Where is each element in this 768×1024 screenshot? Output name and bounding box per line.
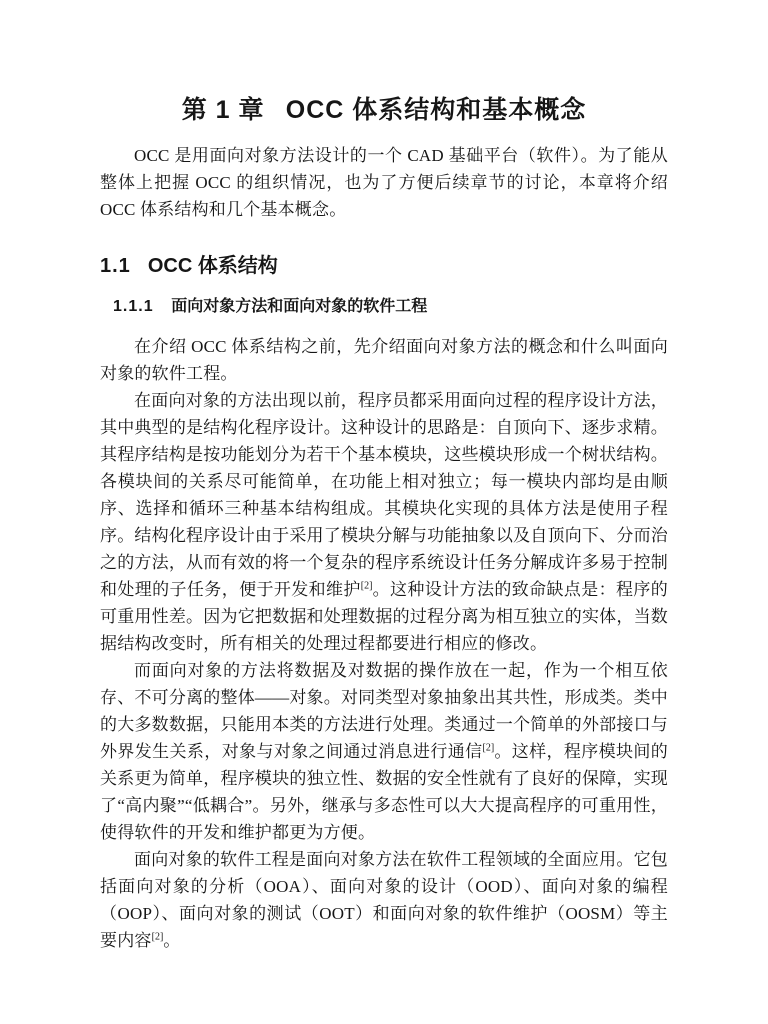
citation-reference: [2] (361, 580, 373, 591)
section-title: OCC 体系结构 (148, 255, 278, 277)
paragraph: 而面向对象的方法将数据及对数据的操作放在一起，作为一个相互依存、不可分离的整体—… (100, 657, 668, 846)
chapter-title: 第 1 章OCC 体系结构和基本概念 (100, 90, 668, 126)
section-number: 1.1 (100, 255, 131, 277)
citation-reference: [2] (152, 931, 164, 942)
subsection-number: 1.1.1 (113, 298, 154, 315)
paragraph: 在介绍 OCC 体系结构之前，先介绍面向对象方法的概念和什么叫面向对象的软件工程… (100, 333, 668, 387)
document-page: 第 1 章OCC 体系结构和基本概念 OCC 是用面向对象方法设计的一个 CAD… (0, 0, 768, 1024)
intro-paragraph: OCC 是用面向对象方法设计的一个 CAD 基础平台（软件）。为了能从整体上把握… (100, 142, 668, 223)
paragraph: 面向对象的软件工程是面向对象方法在软件工程领域的全面应用。它包括面向对象的分析（… (100, 846, 668, 954)
subsection-title: 面向对象方法和面向对象的软件工程 (171, 298, 427, 315)
paragraph: 在面向对象的方法出现以前，程序员都采用面向过程的程序设计方法，其中典型的是结构化… (100, 387, 668, 657)
subsection-heading-1-1-1: 1.1.1面向对象方法和面向对象的软件工程 (113, 293, 668, 316)
chapter-title-text: OCC 体系结构和基本概念 (286, 96, 587, 124)
citation-reference: [2] (482, 742, 494, 753)
section-heading-1-1: 1.1OCC 体系结构 (100, 249, 668, 278)
chapter-number: 第 1 章 (182, 96, 265, 124)
